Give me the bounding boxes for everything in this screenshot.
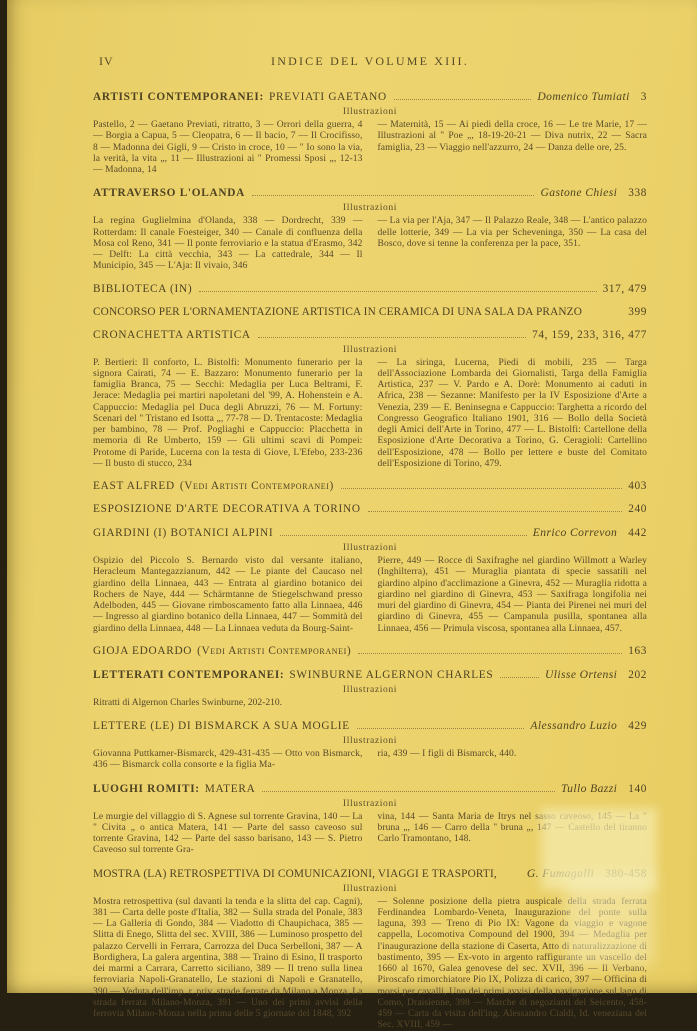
entry-pages: 202: [628, 669, 647, 681]
illustrations-right-column: — Solenne posizione della pietra auspica…: [378, 896, 648, 1000]
entry-heading: BIBLIOTECA (IN) 317, 479: [93, 283, 647, 295]
illustrations-left-column: Pastello, 2 — Gaetano Previati, ritratto…: [93, 119, 363, 175]
illustrations-right-column: Pierre, 449 — Rocce di Saxifraghe nel gi…: [378, 555, 648, 634]
entry-title: ATTRAVERSO L'OLANDA: [93, 187, 245, 199]
illustrations-columns: Ospizio del Piccolo S. Bernardo visto da…: [93, 555, 647, 634]
illustrations-label: Illustrazioni: [93, 106, 647, 117]
entry-heading: CONCORSO PER L'ORNAMENTAZIONE ARTISTICA …: [93, 306, 647, 318]
entry-author: G. Fumagalli: [527, 867, 594, 880]
dotted-leader: [252, 195, 535, 196]
illustrations-left-column: P. Bertieri: Il conforto, L. Bistolfi: M…: [93, 357, 363, 470]
dotted-leader: [357, 728, 525, 729]
entry-author: Domenico Tumiati: [537, 90, 629, 103]
entry-heading: EAST ALFRED (Vedi Artisti Contemporanei)…: [93, 480, 647, 492]
entry-subtitle: PREVIATI GAETANO: [269, 91, 387, 103]
index-entry: GIARDINI (I) BOTANICI ALPINI Enrico Corr…: [93, 526, 647, 634]
dotted-leader: [258, 337, 526, 338]
illustrations-label: Illustrazioni: [93, 344, 647, 355]
index-entry: LUOGHI ROMITI: MATERA Tullo Bazzi 140 Il…: [93, 782, 647, 856]
dotted-leader: [368, 511, 623, 512]
illustrations-left-column: Le murgie del villaggio di S. Agnese sul…: [93, 811, 363, 856]
entry-heading: CRONACHETTA ARTISTICA 74, 159, 233, 316,…: [93, 329, 647, 341]
dotted-leader: [341, 488, 622, 489]
entry-heading: ATTRAVERSO L'OLANDA Gastone Chiesi 338: [93, 186, 647, 199]
entry-title: LETTERE (LE) DI BISMARCK A SUA MOGLIE: [93, 720, 350, 732]
scanned-page: IV INDICE DEL VOLUME XIII. ARTISTI CONTE…: [7, 0, 697, 993]
entry-subtitle: SWINBURNE ALGERNON CHARLES: [289, 669, 493, 681]
illustrations-left-column: Ospizio del Piccolo S. Bernardo visto da…: [93, 555, 363, 634]
entry-author: Enrico Correvon: [533, 526, 617, 539]
entry-heading: GIOJA EDOARDO (Vedi Artisti Contemporane…: [93, 645, 647, 657]
entry-author: Alessandro Luzio: [530, 719, 617, 732]
entry-title: ARTISTI CONTEMPORANEI:: [93, 91, 264, 103]
index-entry: BIBLIOTECA (IN) 317, 479: [93, 283, 647, 295]
illustrations-columns: La regina Guglielmina d'Olanda, 338 — Do…: [93, 215, 647, 271]
illustrations-columns: Mostra retrospettiva (sul davanti la ten…: [93, 896, 647, 1000]
entry-pages: 140: [628, 783, 647, 795]
illustrations-label: Illustrazioni: [93, 202, 647, 213]
entry-title: LETTERATI CONTEMPORANEI:: [93, 669, 284, 681]
entry-pages: 3: [641, 91, 647, 103]
entry-title: CONCORSO PER L'ORNAMENTAZIONE ARTISTICA …: [93, 306, 582, 318]
dotted-leader: [199, 291, 596, 292]
illustrations-single-line: Ritratti di Algernon Charles Swinburne, …: [93, 697, 647, 708]
illustrations-right-column: ria, 439 — I figli di Bismarck, 440.: [378, 748, 648, 771]
illustrations-right-column: — Maternità, 15 — Ai piedi della croce, …: [378, 119, 648, 175]
entry-author: Gastone Chiesi: [540, 186, 617, 199]
entry-pages: 240: [628, 503, 647, 515]
illustrations-left-column: La regina Guglielmina d'Olanda, 338 — Do…: [93, 215, 363, 271]
dotted-leader: [358, 653, 622, 654]
entry-pages: 338: [628, 187, 647, 199]
illustrations-columns: Pastello, 2 — Gaetano Previati, ritratto…: [93, 119, 647, 175]
illustrations-left-column: Giovanna Puttkamer-Bismarck, 429-431-435…: [93, 748, 363, 771]
entry-heading: ARTISTI CONTEMPORANEI: PREVIATI GAETANO …: [93, 90, 647, 103]
entry-pages: 317, 479: [603, 283, 647, 295]
illustrations-label: Illustrazioni: [93, 735, 647, 746]
entry-pages: 403: [628, 480, 647, 492]
entry-pages: 380-458: [605, 868, 647, 880]
index-entry: LETTERE (LE) DI BISMARCK A SUA MOGLIE Al…: [93, 719, 647, 771]
illustrations-right-column: — La siringa, Lucerna, Piedi di mobili, …: [378, 357, 648, 470]
index-entry: CRONACHETTA ARTISTICA 74, 159, 233, 316,…: [93, 329, 647, 470]
entry-title: CRONACHETTA ARTISTICA: [93, 329, 251, 341]
entry-title: EAST ALFRED: [93, 480, 175, 492]
entry-pages: 442: [628, 527, 647, 539]
entry-title: ESPOSIZIONE D'ARTE DECORATIVA A TORINO: [93, 503, 361, 515]
index-entry: ARTISTI CONTEMPORANEI: PREVIATI GAETANO …: [93, 90, 647, 175]
entry-heading: MOSTRA (LA) RETROSPETTIVA DI COMUNICAZIO…: [93, 867, 647, 880]
entry-author: Ulisse Ortensi: [545, 668, 617, 681]
dotted-leader: [500, 677, 539, 678]
entry-pages: 429: [628, 720, 647, 732]
illustrations-right-column: vina, 144 — Santa Maria de Itrys nel sas…: [378, 811, 648, 856]
entry-heading: ESPOSIZIONE D'ARTE DECORATIVA A TORINO 2…: [93, 503, 647, 515]
page-title: INDICE DEL VOLUME XIII.: [93, 54, 647, 69]
index-entry: MOSTRA (LA) RETROSPETTIVA DI COMUNICAZIO…: [93, 867, 647, 1000]
index-entry: ESPOSIZIONE D'ARTE DECORATIVA A TORINO 2…: [93, 503, 647, 515]
entry-title: GIOJA EDOARDO: [93, 645, 192, 657]
entry-pages: 163: [628, 645, 647, 657]
entry-heading: LETTERATI CONTEMPORANEI: SWINBURNE ALGER…: [93, 668, 647, 681]
entry-crossref: (Vedi Artisti Contemporanei): [197, 645, 351, 657]
dotted-leader: [394, 99, 531, 100]
illustrations-columns: Giovanna Puttkamer-Bismarck, 429-431-435…: [93, 748, 647, 771]
illustrations-right-column: — La via per l'Aja, 347 — Il Palazzo Rea…: [378, 215, 648, 271]
entry-subtitle: MATERA: [205, 783, 256, 795]
dotted-leader: [262, 791, 555, 792]
page-content: IV INDICE DEL VOLUME XIII. ARTISTI CONTE…: [93, 54, 647, 1000]
index-entry: CONCORSO PER L'ORNAMENTAZIONE ARTISTICA …: [93, 306, 647, 318]
index-entry: GIOJA EDOARDO (Vedi Artisti Contemporane…: [93, 645, 647, 657]
entry-title: GIARDINI (I) BOTANICI ALPINI: [93, 527, 273, 539]
entry-title: BIBLIOTECA (IN): [93, 283, 192, 295]
illustrations-left-column: Mostra retrospettiva (sul davanti la ten…: [93, 896, 363, 1000]
entry-author: Tullo Bazzi: [561, 782, 617, 795]
entry-heading: LUOGHI ROMITI: MATERA Tullo Bazzi 140: [93, 782, 647, 795]
entry-heading: GIARDINI (I) BOTANICI ALPINI Enrico Corr…: [93, 526, 647, 539]
entry-crossref: (Vedi Artisti Contemporanei): [180, 480, 334, 492]
index-entry: EAST ALFRED (Vedi Artisti Contemporanei)…: [93, 480, 647, 492]
illustrations-columns: P. Bertieri: Il conforto, L. Bistolfi: M…: [93, 357, 647, 470]
entry-title: MOSTRA (LA) RETROSPETTIVA DI COMUNICAZIO…: [93, 868, 497, 880]
entry-title: LUOGHI ROMITI:: [93, 783, 200, 795]
dotted-leader: [280, 535, 527, 536]
illustrations-label: Illustrazioni: [93, 883, 647, 894]
entry-heading: LETTERE (LE) DI BISMARCK A SUA MOGLIE Al…: [93, 719, 647, 732]
index-entry: ATTRAVERSO L'OLANDA Gastone Chiesi 338 I…: [93, 186, 647, 271]
illustrations-columns: Le murgie del villaggio di S. Agnese sul…: [93, 811, 647, 856]
illustrations-label: Illustrazioni: [93, 542, 647, 553]
illustrations-label: Illustrazioni: [93, 684, 647, 695]
index-entry: LETTERATI CONTEMPORANEI: SWINBURNE ALGER…: [93, 668, 647, 708]
illustrations-label: Illustrazioni: [93, 798, 647, 809]
entry-pages: 74, 159, 233, 316, 477: [532, 329, 647, 341]
entry-pages: 399: [628, 306, 647, 318]
page-header: IV INDICE DEL VOLUME XIII.: [93, 54, 647, 70]
